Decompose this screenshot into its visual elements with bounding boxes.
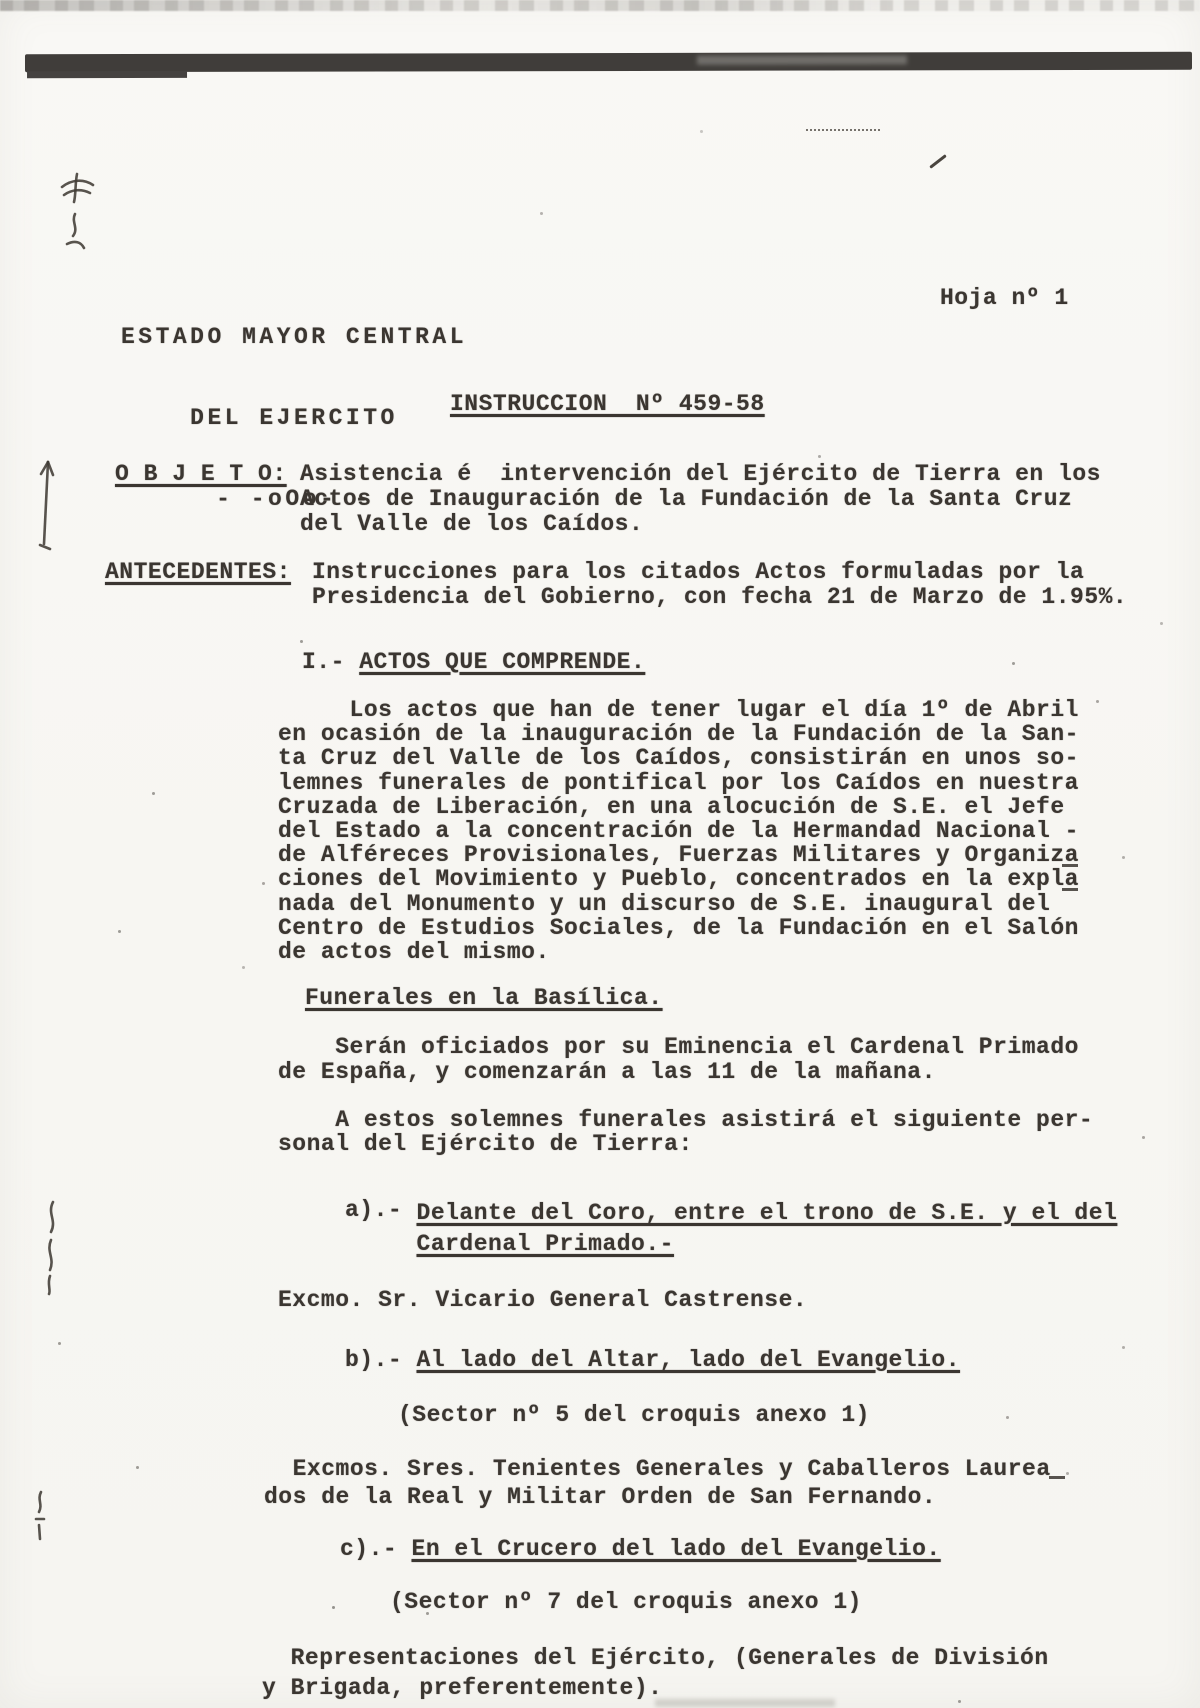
paragraph-representaciones: Representaciones del Ejército, (Generale… <box>262 1643 1049 1703</box>
section-heading: I.- ACTOS QUE COMPRENDE. <box>302 650 645 675</box>
subheading-funerales: Funerales en la Basílica. <box>305 986 663 1011</box>
list-item-a-text: Delante del Coro, entre el trono de S.E.… <box>417 1198 1118 1260</box>
handwritten-margin-mark-wavy <box>40 1196 64 1298</box>
list-item-c-text: En el Crucero del lado del Evangelio. <box>412 1537 941 1562</box>
scan-artifact-dotted-line <box>806 129 880 131</box>
line-vicario: Excmo. Sr. Vicario General Castrense. <box>278 1288 807 1313</box>
list-item-b-label: b).- <box>345 1348 417 1373</box>
list-item-c: c).- En el Crucero del lado del Evangeli… <box>340 1537 941 1562</box>
page-number-label: Hoja nº 1 <box>940 286 1069 311</box>
handwritten-margin-mark-small <box>28 1484 54 1546</box>
section-numeral: I.- <box>302 649 359 675</box>
antecedentes-label: ANTECEDENTES: <box>105 560 291 585</box>
scan-artifact-speckles <box>0 0 3 3</box>
list-item-b-text: Al lado del Altar, lado del Evangelio. <box>417 1348 961 1373</box>
letterhead-org-line2: DEL EJERCITO <box>108 405 480 432</box>
antecedentes-text: Instrucciones para los citados Actos for… <box>312 560 1127 610</box>
letterhead-org-line1: ESTADO MAYOR CENTRAL <box>108 324 480 351</box>
scanned-document-page: ESTADO MAYOR CENTRAL DEL EJERCITO - -oOo… <box>0 0 1200 1708</box>
handwritten-margin-mark-arrow <box>34 448 62 556</box>
objeto-text: Asistencia é intervención del Ejército d… <box>300 462 1101 537</box>
handwritten-margin-mark-top <box>54 166 100 278</box>
sector-7-note: (Sector nº 7 del croquis anexo 1) <box>390 1590 862 1615</box>
scan-artifact-black-bar <box>25 52 1192 72</box>
paragraph-asistira: A estos solemnes funerales asistirá el s… <box>278 1108 1093 1156</box>
paragraph-actos: Los actos que han de tener lugar el día … <box>278 698 1079 964</box>
continuation-underline <box>1049 1476 1065 1479</box>
list-item-a-label: a).- <box>345 1198 417 1260</box>
scan-artifact-slash <box>929 154 947 169</box>
document-title: INSTRUCCION Nº 459-58 <box>450 392 765 417</box>
scan-artifact-top-noise <box>0 0 1200 11</box>
list-item-c-label: c).- <box>340 1537 412 1562</box>
paragraph-excmos: Excmos. Sres. Tenientes Generales y Caba… <box>264 1455 1051 1511</box>
list-item-a: a).- Delante del Coro, entre el trono de… <box>345 1198 1117 1260</box>
sector-5-note: (Sector nº 5 del croquis anexo 1) <box>398 1403 870 1428</box>
paragraph-oficiados: Serán oficiados por su Eminencia el Card… <box>278 1035 1079 1085</box>
section-heading-text: ACTOS QUE COMPRENDE. <box>359 649 645 675</box>
objeto-label: O B J E T O: <box>115 462 287 487</box>
list-item-b: b).- Al lado del Altar, lado del Evangel… <box>345 1348 960 1373</box>
